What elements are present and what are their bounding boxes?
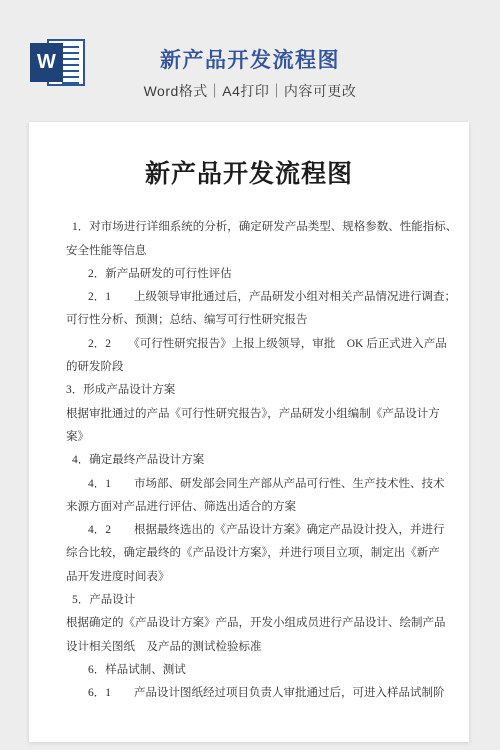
- document-title: 新产品开发流程图: [29, 122, 469, 190]
- doc-line: 4．确定最终产品设计方案: [72, 449, 469, 472]
- doc-line: 4．1 市场部、研发部会同生产部从产品可行性、生产技术性、技术: [88, 473, 469, 496]
- template-title: 新产品开发流程图: [0, 44, 500, 74]
- doc-line: 根据审批通过的产品《可行性研究报告》，产品研发小组编制《产品设计方: [66, 403, 469, 426]
- doc-line: 来源方面对产品进行评估、筛选出适合的方案: [66, 496, 469, 519]
- doc-line: 3．形成产品设计方案: [66, 379, 469, 402]
- doc-line: 设计相关图纸 及产品的测试检验标准: [66, 636, 469, 659]
- doc-line: 根据确定的《产品设计方案》产品，开发小组成员进行产品设计、绘制产品: [66, 612, 469, 635]
- document-page: 新产品开发流程图 1．对市场进行详细系统的分析，确定研发产品类型、规格参数、性能…: [29, 122, 469, 742]
- doc-line: 品开发进度时间表》: [66, 566, 469, 589]
- doc-line: 2．新产品研发的可行性评估: [88, 263, 469, 286]
- doc-line: 6．1 产品设计图纸经过项目负责人审批通过后，可进入样品试制阶: [88, 682, 469, 705]
- template-subtitle: Word格式｜A4打印｜内容可更改: [0, 81, 500, 101]
- doc-line: 可行性分析、预测；总结、编写可行性研究报告: [66, 309, 469, 332]
- doc-line: 1．对市场进行详细系统的分析，确定研发产品类型、规格参数、性能指标、: [72, 216, 469, 239]
- doc-line: 5．产品设计: [72, 589, 469, 612]
- doc-line: 2．1 上级领导审批通过后，产品研发小组对相关产品情况进行调查；: [88, 286, 469, 309]
- template-preview-screen: W 新产品开发流程图 Word格式｜A4打印｜内容可更改 新产品开发流程图 1．…: [0, 0, 500, 750]
- doc-line: 4．2 根据最终选出的《产品设计方案》确定产品设计投入，并进行: [88, 519, 469, 542]
- doc-line: 综合比较，确定最终的《产品设计方案》，并进行项目立项，制定出《新产: [66, 542, 469, 565]
- doc-line: 的研发阶段: [66, 356, 469, 379]
- doc-line: 2．2 《可行性研究报告》上报上级领导，审批 OK 后正式进入产品: [88, 333, 469, 356]
- word-doc-text-line: [62, 76, 79, 78]
- doc-line: 6．样品试制、测试: [88, 659, 469, 682]
- doc-line: 安全性能等信息: [66, 240, 469, 263]
- document-body: 1．对市场进行详细系统的分析，确定研发产品类型、规格参数、性能指标、安全性能等信…: [29, 216, 469, 705]
- doc-line: 案》: [66, 426, 469, 449]
